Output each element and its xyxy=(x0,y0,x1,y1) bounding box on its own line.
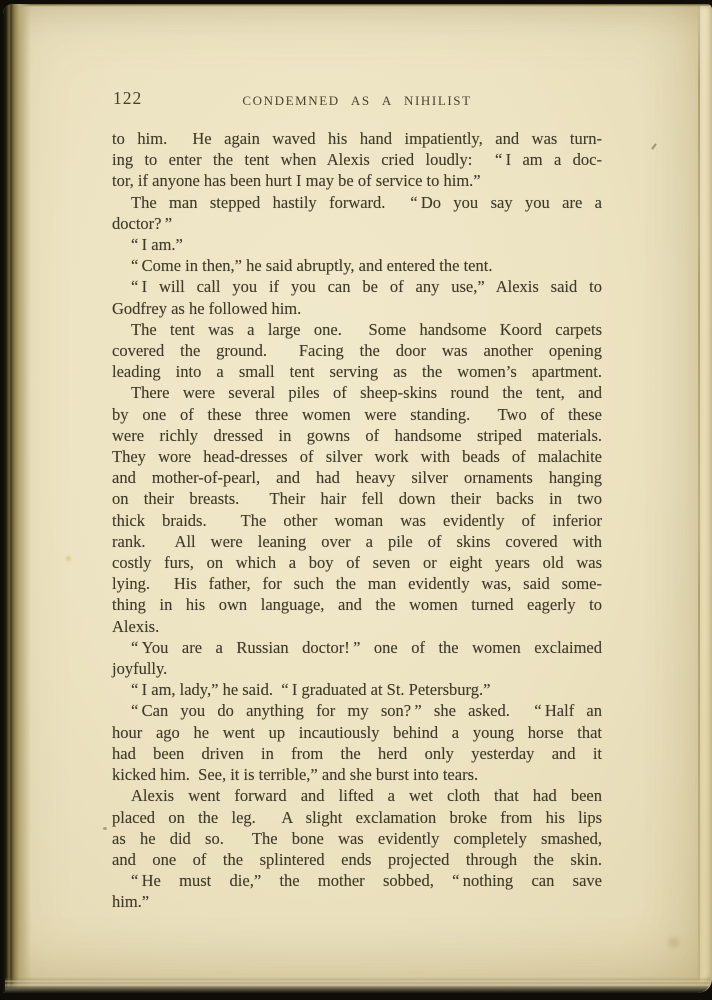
paper-speck xyxy=(66,556,71,561)
page-right-edge xyxy=(700,6,712,984)
paper-speck xyxy=(103,827,107,830)
text-line: “ Can you do anything for my son? ” she … xyxy=(112,700,602,721)
page-content: 122 CONDEMNED AS A NIHILIST to him. He a… xyxy=(112,88,602,913)
text-line: doctor? ” xyxy=(112,213,602,234)
text-line: and mother-of-pearl, and had heavy silve… xyxy=(112,467,602,488)
text-line: They wore head-dresses of silver work wi… xyxy=(112,446,602,467)
book-page: 122 CONDEMNED AS A NIHILIST to him. He a… xyxy=(3,4,712,993)
text-line: “ I am.” xyxy=(112,234,602,255)
paper-smudge xyxy=(668,937,679,948)
text-line: rank. All were leaning over a pile of sk… xyxy=(112,531,602,552)
text-line: “ He must die,” the mother sobbed, “ not… xyxy=(112,870,602,891)
text-line: The man stepped hastily forward. “ Do yo… xyxy=(112,192,602,213)
text-line: “ You are a Russian doctor! ” one of the… xyxy=(112,637,602,658)
text-line: “ I will call you if you can be of any u… xyxy=(112,276,602,297)
page-header: 122 CONDEMNED AS A NIHILIST xyxy=(112,88,602,112)
text-line: ing to enter the tent when Alexis cried … xyxy=(112,149,602,170)
text-line: Godfrey as he followed him. xyxy=(112,298,602,319)
text-line: thick braids. The other woman was eviden… xyxy=(112,510,602,531)
text-line: kicked him. See, it is terrible,” and sh… xyxy=(112,764,602,785)
text-line: Alexis. xyxy=(112,616,602,637)
text-line: hour ago he went up incautiously behind … xyxy=(112,722,602,743)
text-line: covered the ground. Facing the door was … xyxy=(112,340,602,361)
page-stack-edges xyxy=(5,977,710,993)
text-line: Alexis went forward and lifted a wet clo… xyxy=(112,785,602,806)
text-line: had been driven in from the herd only ye… xyxy=(112,743,602,764)
text-line: leading into a small tent serving as the… xyxy=(112,361,602,382)
text-line: on their breasts. Their hair fell down t… xyxy=(112,488,602,509)
text-line: to him. He again waved his hand impatien… xyxy=(112,128,602,149)
text-line: costly furs, on which a boy of seven or … xyxy=(112,552,602,573)
text-line: as he did so. The bone was evidently com… xyxy=(112,828,602,849)
text-block: to him. He again waved his hand impatien… xyxy=(112,128,602,913)
scanned-book-page: 122 CONDEMNED AS A NIHILIST to him. He a… xyxy=(0,0,712,1000)
text-line: placed on the leg. A slight exclamation … xyxy=(112,807,602,828)
text-line: him.” xyxy=(112,891,602,912)
text-line: There were several piles of sheep-skins … xyxy=(112,382,602,403)
text-line: and one of the splintered ends projected… xyxy=(112,849,602,870)
text-line: thing in his own language, and the women… xyxy=(112,594,602,615)
text-line: joyfully. xyxy=(112,658,602,679)
running-title: CONDEMNED AS A NIHILIST xyxy=(112,93,602,109)
binding-gutter-shadow xyxy=(3,4,31,993)
text-line: “ Come in then,” he said abruptly, and e… xyxy=(112,255,602,276)
text-line: “ I am, lady,” he said. “ I graduated at… xyxy=(112,679,602,700)
page-top-edge xyxy=(8,4,709,7)
text-line: by one of these three women were standin… xyxy=(112,404,602,425)
text-line: tor, if anyone has been hurt I may be of… xyxy=(112,170,602,191)
text-line: were richly dressed in gowns of handsome… xyxy=(112,425,602,446)
text-line: lying. His father, for such the man evid… xyxy=(112,573,602,594)
text-line: The tent was a large one. Some handsome … xyxy=(112,319,602,340)
